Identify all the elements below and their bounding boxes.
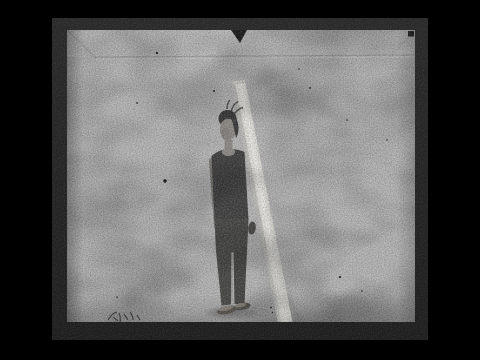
photograph	[67, 30, 415, 323]
film-grain-light	[67, 30, 415, 322]
video-frame	[0, 0, 480, 360]
photograph-scene	[0, 0, 480, 360]
